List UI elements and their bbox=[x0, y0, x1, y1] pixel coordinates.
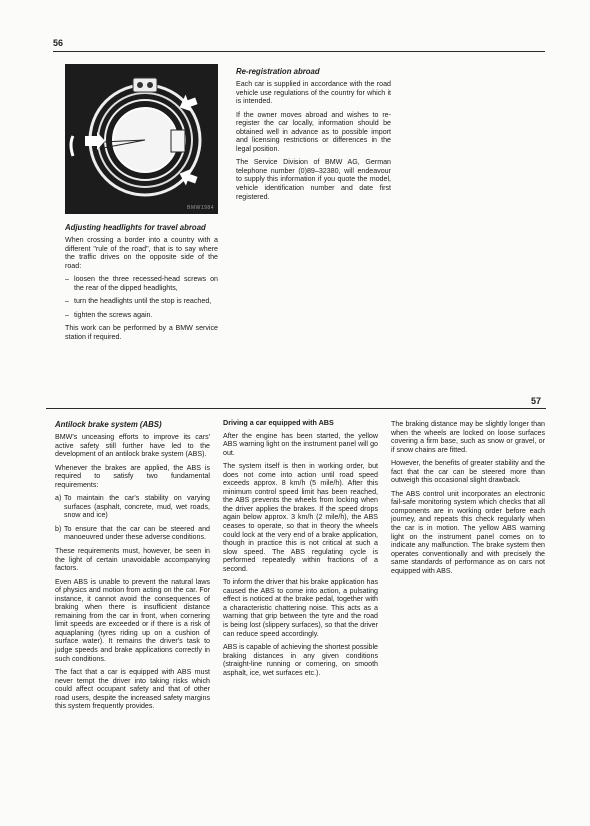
paragraph: Whenever the brakes are applied, the ABS… bbox=[55, 464, 210, 490]
paragraph: These requirements must, however, be see… bbox=[55, 547, 210, 573]
list-text: tighten the screws again. bbox=[74, 311, 218, 320]
list-text: turn the headlights until the stop is re… bbox=[74, 297, 218, 306]
section-heading: Antilock brake system (ABS) bbox=[55, 420, 210, 429]
list-item: b) To ensure that the car can be steered… bbox=[55, 525, 210, 542]
page-number-56: 56 bbox=[53, 38, 63, 48]
column-abs-intro: Antilock brake system (ABS) BMW's unceas… bbox=[55, 420, 210, 716]
section-heading: Driving a car equipped with ABS bbox=[223, 419, 378, 428]
section-adjusting-headlights: Adjusting headlights for travel abroad W… bbox=[65, 223, 218, 346]
headlight-figure: BMW1984 bbox=[65, 64, 218, 214]
page-number-57: 57 bbox=[531, 396, 541, 406]
paragraph: Each car is supplied in accordance with … bbox=[236, 80, 391, 106]
outro-paragraph: This work can be performed by a BMW serv… bbox=[65, 324, 218, 341]
column-driving-with-abs: Driving a car equipped with ABS After th… bbox=[223, 419, 378, 682]
list-marker: a) bbox=[55, 494, 64, 520]
paragraph: If the owner moves abroad and wishes to … bbox=[236, 111, 391, 154]
list-text: loosen the three recessed-head screws on… bbox=[74, 275, 218, 292]
page-header-rule bbox=[46, 408, 546, 409]
paragraph: The fact that a car is equipped with ABS… bbox=[55, 668, 210, 711]
column-abs-braking-distance: The braking distance may be slightly lon… bbox=[391, 420, 545, 580]
list-marker: – bbox=[65, 311, 74, 320]
paragraph: Even ABS is unable to prevent the natura… bbox=[55, 578, 210, 663]
list-item: – loosen the three recessed-head screws … bbox=[65, 275, 218, 292]
list-marker: – bbox=[65, 275, 74, 292]
paragraph: The system itself is then in working ord… bbox=[223, 462, 378, 573]
list-item: – turn the headlights until the stop is … bbox=[65, 297, 218, 306]
headlight-rear-screws-diagram-icon bbox=[65, 64, 218, 214]
section-re-registration: Re-registration abroad Each car is suppl… bbox=[236, 67, 391, 206]
paragraph: BMW's unceasing efforts to improve its c… bbox=[55, 433, 210, 459]
paragraph: To inform the driver that his brake appl… bbox=[223, 578, 378, 638]
list-item: – tighten the screws again. bbox=[65, 311, 218, 320]
paragraph: After the engine has been started, the y… bbox=[223, 432, 378, 458]
list-text: To maintain the car's stability on varyi… bbox=[64, 494, 210, 520]
paragraph: ABS is capable of achieving the shortest… bbox=[223, 643, 378, 677]
paragraph: The Service Division of BMW AG, German t… bbox=[236, 158, 391, 201]
list-text: To ensure that the car can be steered an… bbox=[64, 525, 210, 542]
figure-caption-code: BMW1984 bbox=[187, 205, 214, 211]
section-heading: Re-registration abroad bbox=[236, 67, 391, 76]
list-item: a) To maintain the car's stability on va… bbox=[55, 494, 210, 520]
page-header-rule bbox=[53, 51, 545, 52]
paragraph: However, the benefits of greater stabili… bbox=[391, 459, 545, 485]
list-marker: – bbox=[65, 297, 74, 306]
paragraph: The ABS control unit incorporates an ele… bbox=[391, 490, 545, 575]
list-marker: b) bbox=[55, 525, 64, 542]
intro-paragraph: When crossing a border into a country wi… bbox=[65, 236, 218, 270]
paragraph: The braking distance may be slightly lon… bbox=[391, 420, 545, 454]
section-heading: Adjusting headlights for travel abroad bbox=[65, 223, 218, 232]
